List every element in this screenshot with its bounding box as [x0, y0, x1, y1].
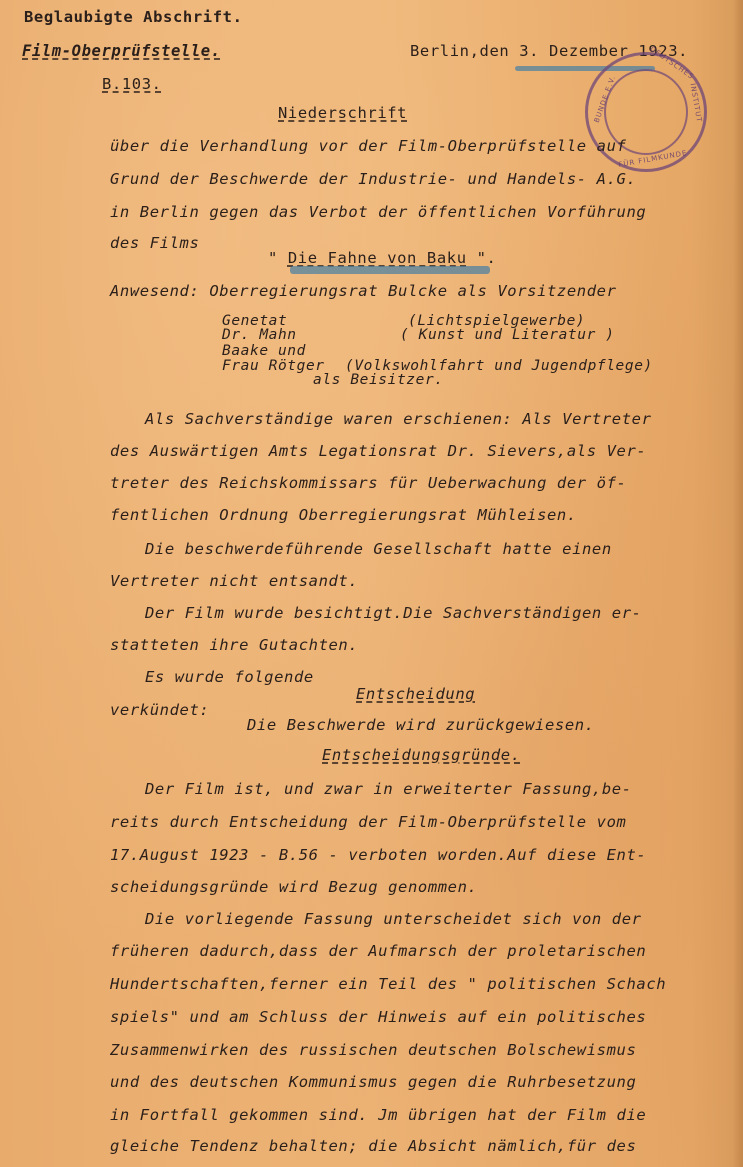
experts-line-2: des Auswärtigen Amts Legationsrat Dr. Si… [110, 442, 646, 460]
reasons-p1-line-2: reits durch Entscheidung der Film-Oberpr… [110, 813, 626, 831]
reasons-p2-line-8: gleiche Tendenz behalten; die Absicht nä… [110, 1137, 636, 1155]
reasons-p2-line-6: und des deutschen Kommunismus gegen die … [110, 1073, 636, 1091]
assessor-3-name: Baake und [222, 344, 306, 358]
blue-pencil-underline [290, 266, 490, 274]
document-title: Niederschrift [278, 104, 407, 122]
header-certified-copy: Beglaubigte Abschrift. [24, 8, 243, 26]
reasons-p2-line-3: Hundertschaften,ferner ein Teil des " po… [110, 975, 666, 993]
complainant-line-1: Die beschwerdeführende Gesellschaft hatt… [145, 540, 612, 558]
assessors-suffix: als Beisitzer. [313, 373, 444, 387]
film-title-line: " Die Fahne von Baku ". [268, 249, 496, 267]
file-number: B.103. [102, 75, 162, 93]
viewing-line-2: statteten ihre Gutachten. [110, 636, 358, 654]
film-title: Die Fahne von Baku [288, 249, 467, 267]
film-title-open-quote: " [268, 249, 288, 267]
reasons-p2-line-5: Zusammenwirken des russischen deutschen … [110, 1041, 636, 1059]
intro-line-3: in Berlin gegen das Verbot der öffentlic… [110, 203, 646, 221]
assessor-2-name: Dr. Mahn [222, 328, 297, 342]
reasons-p2-line-7: in Fortfall gekommen sind. Jm übrigen ha… [110, 1106, 646, 1124]
decision-heading: Entscheidung [356, 685, 475, 703]
announce-line-1: Es wurde folgende [145, 668, 314, 686]
reasons-p2-line-2: früheren dadurch,dass der Aufmarsch der … [110, 942, 646, 960]
stamp-text-right: INSTITUT [688, 83, 703, 124]
decision-text: Die Beschwerde wird zurückgewiesen. [247, 716, 595, 734]
assessor-1-name: Genetat [222, 314, 287, 328]
intro-line-1: über die Verhandlung vor der Film-Oberpr… [110, 137, 626, 155]
reasons-p1-line-3: 17.August 1923 - B.56 - verboten worden.… [110, 846, 646, 864]
reasons-p1-line-4: scheidungsgründe wird Bezug genommen. [110, 878, 477, 896]
office-name: Film-Oberprüfstelle. [22, 42, 221, 60]
present-line: Anwesend: Oberregierungsrat Bulcke als V… [110, 282, 617, 300]
film-title-close-quote: ". [467, 249, 497, 267]
assessor-1-role: (Lichtspielgewerbe) [408, 314, 585, 328]
intro-line-4: des Films [110, 234, 199, 252]
assessor-2-role: ( Kunst und Literatur ) [400, 328, 615, 342]
experts-line-1: Als Sachverständige waren erschienen: Al… [145, 410, 652, 428]
announce-line-2: verkündet: [110, 701, 209, 719]
viewing-line-1: Der Film wurde besichtigt.Die Sachverstä… [145, 604, 642, 622]
experts-line-4: fentlichen Ordnung Oberregierungsrat Müh… [110, 506, 577, 524]
reasons-p2-line-4: spiels" und am Schluss der Hinweis auf e… [110, 1008, 646, 1026]
assessor-4-role: (Volkswohlfahrt und Jugendpflege) [345, 359, 653, 373]
paper-edge [733, 0, 743, 1167]
document-page: Beglaubigte Abschrift. Film-Oberprüfstel… [0, 0, 743, 1167]
reasons-heading: Entscheidungsgründe. [322, 746, 521, 764]
reasons-p2-line-1: Die vorliegende Fassung unterscheidet si… [145, 910, 642, 928]
assessor-4-name: Frau Rötger [222, 359, 325, 373]
reasons-p1-line-1: Der Film ist, und zwar in erweiterter Fa… [145, 780, 632, 798]
intro-line-2: Grund der Beschwerde der Industrie- und … [110, 170, 636, 188]
complainant-line-2: Vertreter nicht entsandt. [110, 572, 358, 590]
experts-line-3: treter des Reichskommissars für Ueberwac… [110, 474, 626, 492]
